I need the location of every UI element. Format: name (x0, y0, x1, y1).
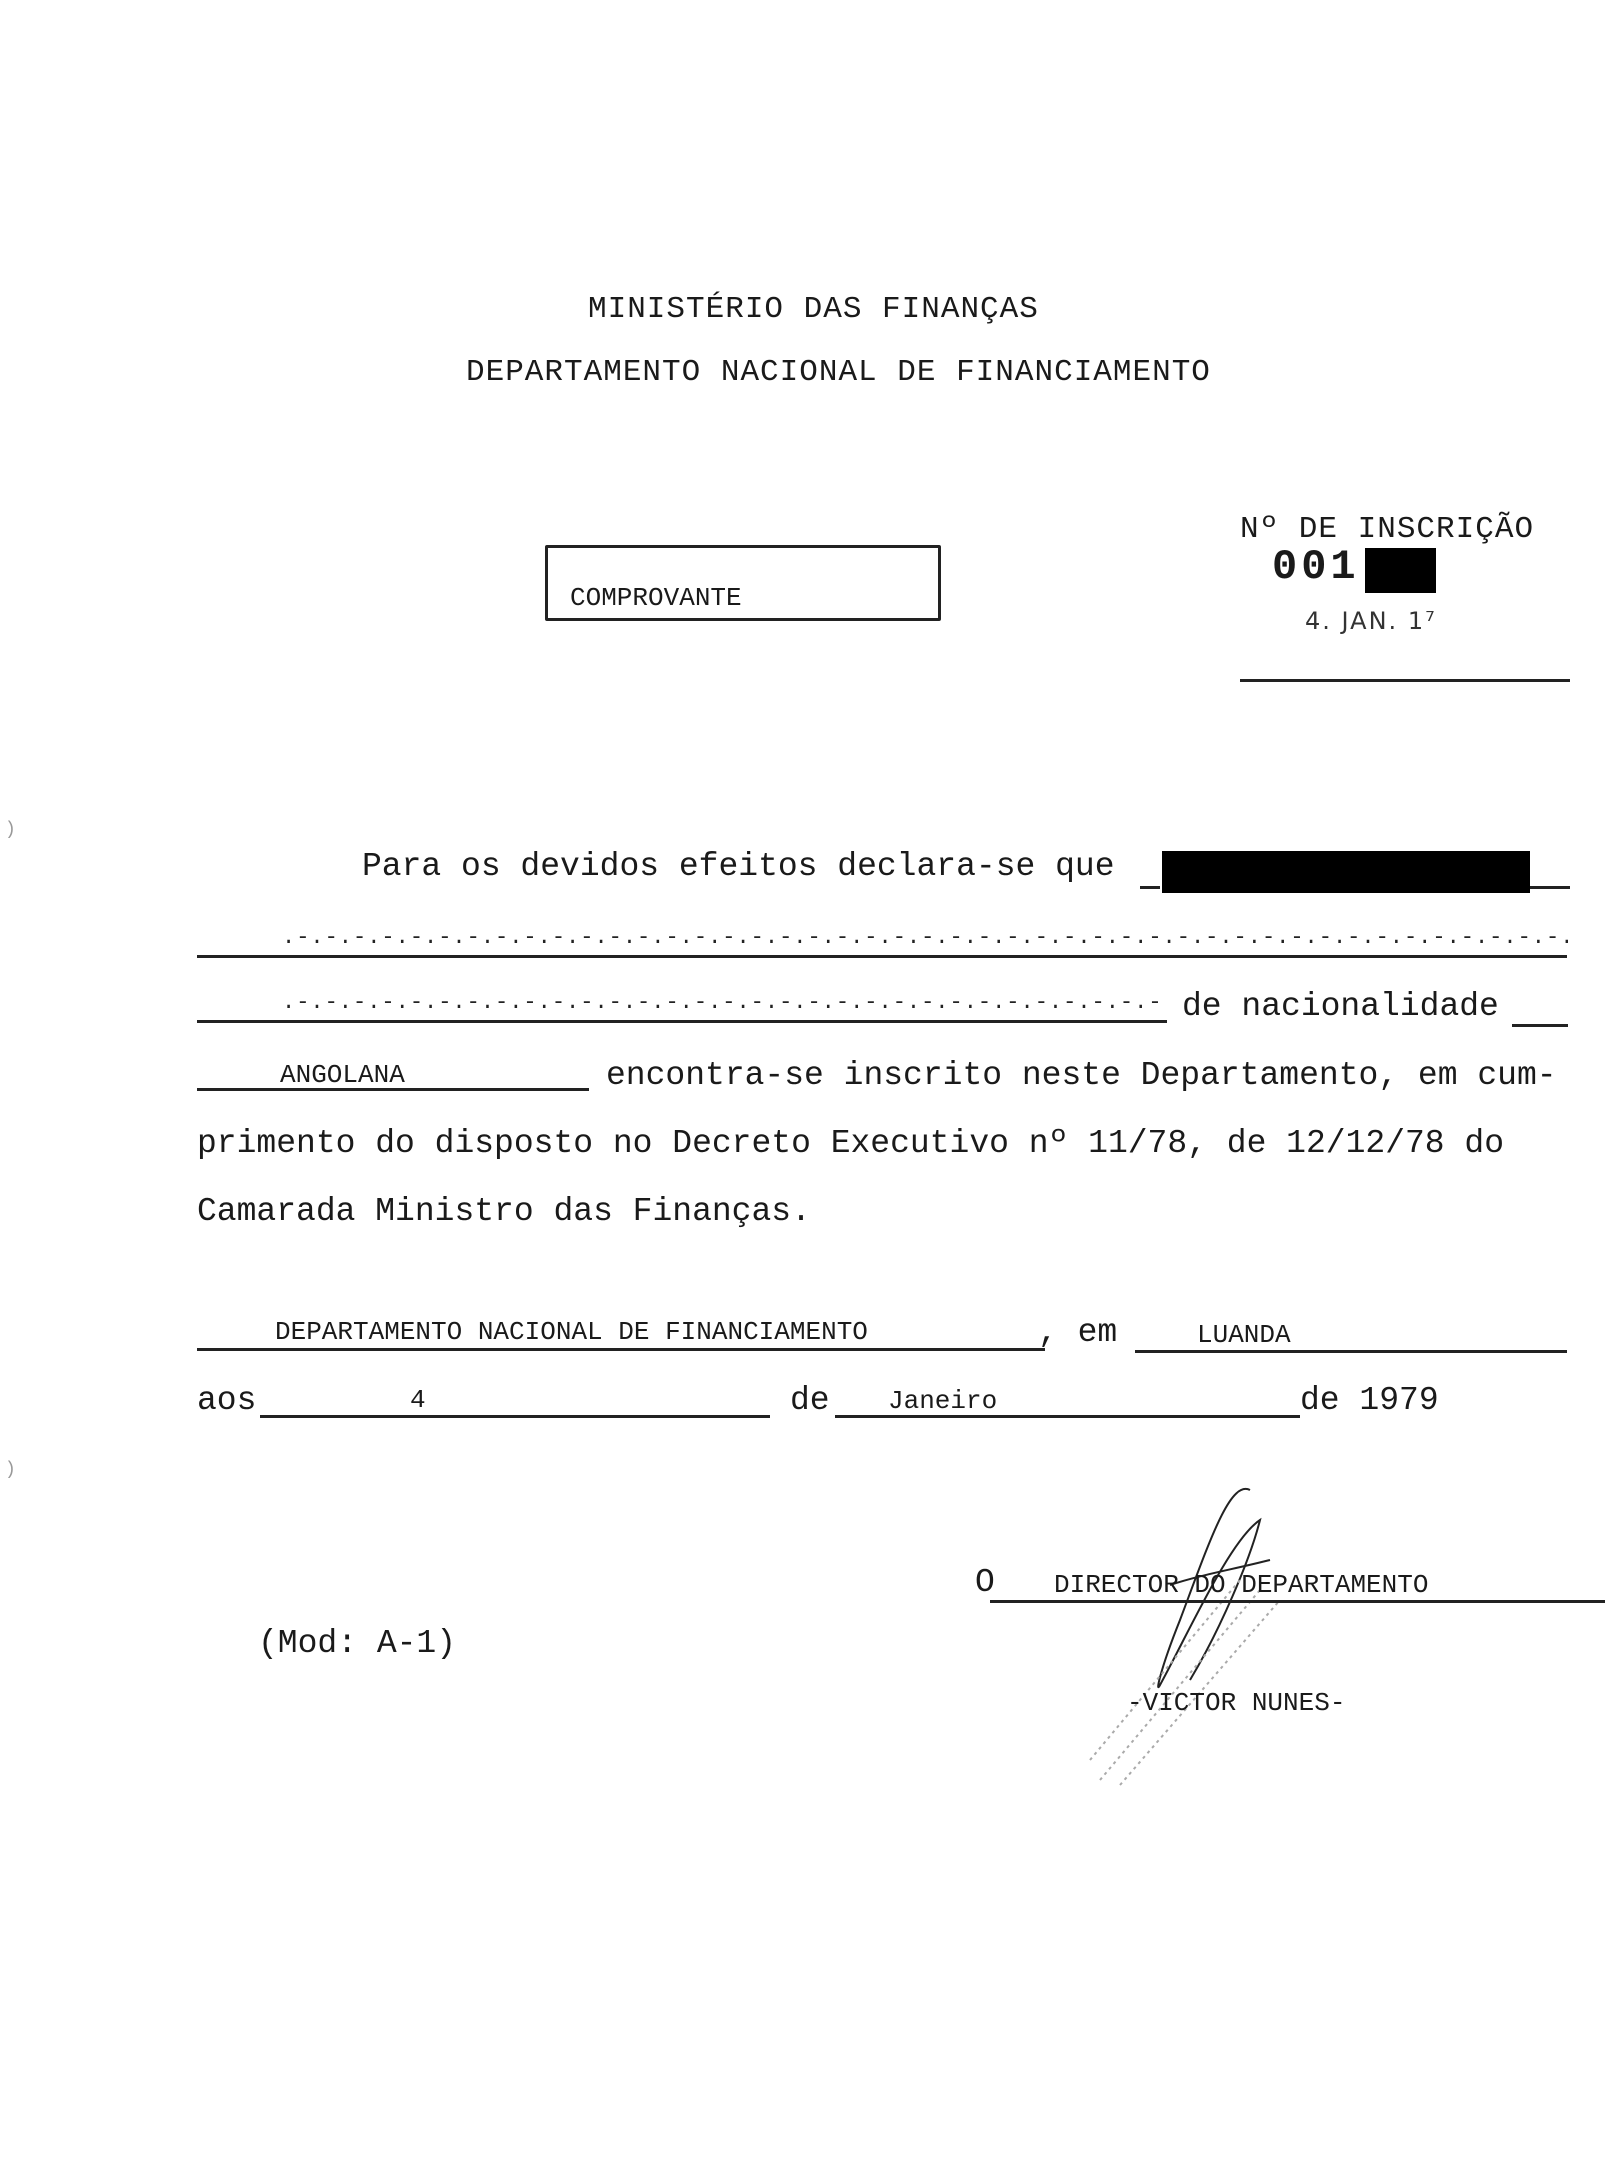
city-underline (1135, 1350, 1567, 1353)
declaration-line-4: primento do disposto no Decreto Executiv… (197, 1125, 1504, 1162)
registration-label: Nº DE INSCRIÇÃO (1240, 512, 1534, 547)
signature-underline (990, 1600, 1605, 1603)
registration-number-redaction (1365, 548, 1436, 593)
filler-dots-1: .-.-.-.-.-.-.-.-.-.-.-.-.-.-.-.-.-.-.-.-… (282, 925, 1568, 950)
city-value: LUANDA (1197, 1320, 1291, 1350)
filler-dots-2: .-.-.-.-.-.-.-.-.-.-.-.-.-.-.-.-.-.-.-.-… (282, 990, 1167, 1015)
nationality-label: de nacionalidade (1182, 988, 1499, 1025)
registration-underline (1240, 679, 1570, 682)
scan-mark: ) (5, 1460, 16, 1480)
name-underline-start (1140, 886, 1160, 889)
nationality-underline-tail (1512, 1024, 1568, 1027)
issuer-name: DEPARTAMENTO NACIONAL DE FINANCIAMENTO (275, 1317, 868, 1347)
nationality-value-underline (197, 1088, 589, 1091)
signature-prefix: O (975, 1564, 995, 1601)
name-underline-end (1530, 886, 1570, 889)
day-underline (260, 1415, 770, 1418)
registration-stamp-date: 4. JAN. 1⁷ (1305, 607, 1437, 635)
nationality-value: ANGOLANA (280, 1060, 405, 1090)
signatory-name: -VICTOR NUNES- (1127, 1688, 1345, 1718)
declaration-line-5: Camarada Ministro das Finanças. (197, 1193, 811, 1230)
de-label-1: de (790, 1382, 830, 1419)
name-redaction (1162, 851, 1530, 893)
month-underline (835, 1415, 1300, 1418)
filler-underline-1 (197, 955, 1567, 958)
comprovante-label: COMPROVANTE (570, 583, 742, 613)
scan-mark: ) (5, 820, 16, 840)
declaration-intro: Para os devidos efeitos declara-se que (362, 848, 1115, 885)
signature-title: DIRECTOR DO DEPARTAMENTO (1054, 1570, 1428, 1600)
registration-number: 001 (1272, 543, 1360, 591)
em-label: , em (1038, 1314, 1117, 1351)
issuer-underline (197, 1348, 1045, 1351)
ministry-title: MINISTÉRIO DAS FINANÇAS (588, 292, 1039, 327)
department-title: DEPARTAMENTO NACIONAL DE FINANCIAMENTO (466, 355, 1211, 390)
filler-underline-2 (197, 1020, 1167, 1023)
year-label: de 1979 (1300, 1382, 1439, 1419)
declaration-line-3: encontra-se inscrito neste Departamento,… (606, 1057, 1557, 1094)
day-value: 4 (410, 1385, 426, 1415)
month-value: Janeiro (888, 1386, 997, 1416)
model-code: (Mod: A-1) (258, 1625, 456, 1662)
aos-label: aos (197, 1382, 256, 1419)
